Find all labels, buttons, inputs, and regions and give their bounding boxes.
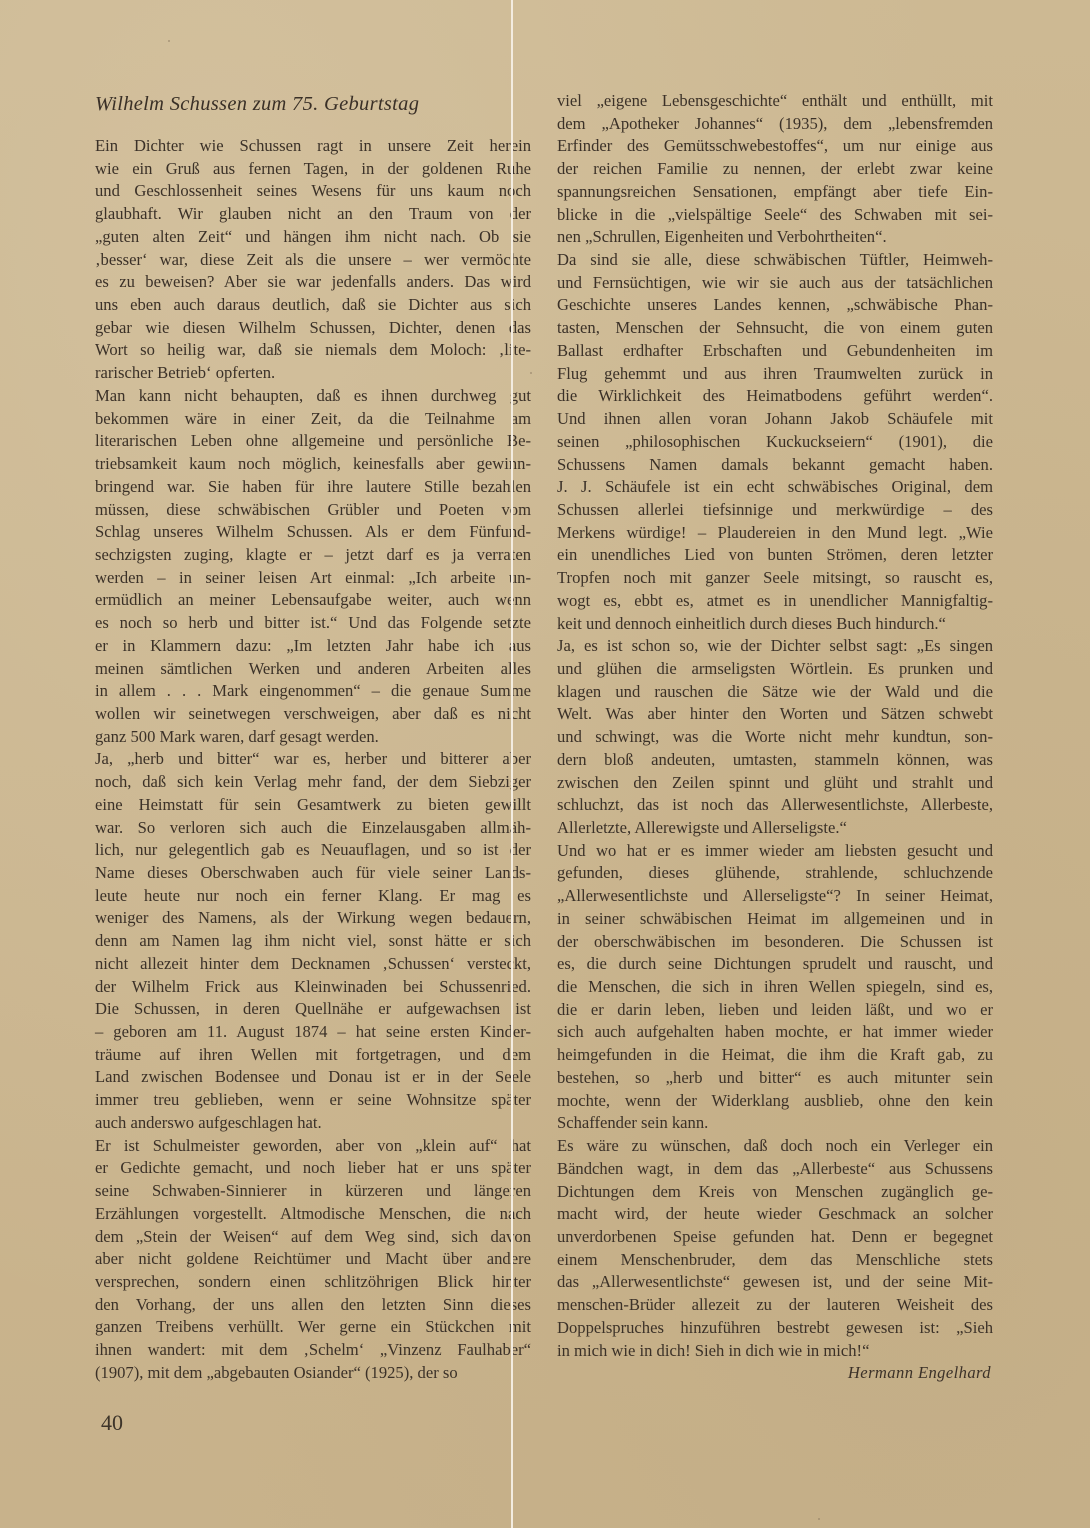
text-line: rarischer Betrieb‘ opferten. <box>95 362 531 385</box>
text-line: der oberschwäbischen im besonderen. Die … <box>557 931 993 954</box>
text-line: Dichtungen dem Kreis von Menschen zugäng… <box>557 1181 993 1204</box>
text-line: Ein Dichter wie Schussen ragt in unsere … <box>95 135 531 158</box>
text-line: blicke in die „vielspältige Seele“ des S… <box>557 204 993 227</box>
left-column-body: Ein Dichter wie Schussen ragt in unsere … <box>95 135 531 1385</box>
paragraph: Man kann nicht behaupten, daß es ihnen d… <box>95 385 531 749</box>
text-line: literarischen Leben ohne allgemeine und … <box>95 430 531 453</box>
text-line: Es wäre zu wünschen, daß doch noch ein V… <box>557 1135 993 1158</box>
text-line: uns eben auch daraus deutlich, daß sie D… <box>95 294 531 317</box>
paper-speck <box>818 1518 820 1520</box>
text-line: zwischen den Zeilen spinnt und glüht und… <box>557 772 993 795</box>
text-line: dem „Apotheker Johannes“ (1935), dem „le… <box>557 113 993 136</box>
text-line: sechzigsten zuging, klagte er – jetzt da… <box>95 544 531 567</box>
text-line: er Gedichte gemacht, und noch lieber hat… <box>95 1157 531 1180</box>
text-line: leute heute nur noch ein ferner Klang. E… <box>95 885 531 908</box>
text-line: keit und dennoch einheitlich durch diese… <box>557 613 993 636</box>
text-line: versprechen, sondern einen schlitzöhrige… <box>95 1271 531 1294</box>
scan-artifact-line <box>511 0 513 1528</box>
text-line: triebsamkeit kaum noch möglich, keinesfa… <box>95 453 531 476</box>
text-line: bestehen, so „herb und bitter“ es auch m… <box>557 1067 993 1090</box>
text-line: Schussens Namen damals bekannt gemacht h… <box>557 454 993 477</box>
article-title: Wilhelm Schussen zum 75. Geburtstag <box>95 90 531 135</box>
text-line: und schwingt, was die Worte nicht mehr k… <box>557 726 993 749</box>
text-line: der reichen Familie zu nennen, der erleb… <box>557 158 993 181</box>
text-line: nen „Schrullen, Eigenheiten und Verbohrt… <box>557 226 993 249</box>
text-line: wie ein Gruß aus fernen Tagen, in der go… <box>95 158 531 181</box>
text-line: ‚besser‘ war, diese Zeit als die unsere … <box>95 249 531 272</box>
paper-speck <box>530 372 532 374</box>
text-line: viel „eigene Lebensgeschichte“ enthält u… <box>557 90 993 113</box>
paragraph: Ein Dichter wie Schussen ragt in unsere … <box>95 135 531 385</box>
text-line: und Fernsüchtigen, wie wir sie auch aus … <box>557 272 993 295</box>
text-line: ihnen wandert: mit dem ‚Schelm‘ „Vinzenz… <box>95 1339 531 1362</box>
text-line: Flug gehemmt und aus ihren Traumwelten z… <box>557 363 993 386</box>
text-line: Erfinder des Gemütsschwebestoffes“, um n… <box>557 135 993 158</box>
text-line: das „Allerwesentlichste“ gewesen ist, un… <box>557 1271 993 1294</box>
paragraph: viel „eigene Lebensgeschichte“ enthält u… <box>557 90 993 249</box>
text-line: es, die durch seine Dichtungen sprudelt … <box>557 953 993 976</box>
text-line: heimgefunden in die Heimat, die ihm die … <box>557 1044 993 1067</box>
text-line: und Geschlossenheit seines Wesens für un… <box>95 180 531 203</box>
text-line: ganzen Treibens verhüllt. Wer gerne ein … <box>95 1316 531 1339</box>
paragraph: Er ist Schulmeister geworden, aber von „… <box>95 1135 531 1385</box>
text-line: der Wilhelm Frick aus Kleinwinaden bei S… <box>95 976 531 999</box>
text-line: Name dieses Oberschwaben auch für viele … <box>95 862 531 885</box>
text-line: „guten alten Zeit“ und hängen ihm nicht … <box>95 226 531 249</box>
text-line: Schlag unseres Wilhelm Schussen. Als er … <box>95 521 531 544</box>
text-line: Geschichte unseres Landes kennen, „schwä… <box>557 294 993 317</box>
text-line: den Vorhang, der uns allen den letzten S… <box>95 1294 531 1317</box>
text-line: die Wirklichkeit des Heimatbodens geführ… <box>557 385 993 408</box>
text-line: Schussen allerlei tiefsinnige und merkwü… <box>557 499 993 522</box>
text-line: (1907), mit dem „abgebauten Osiander“ (1… <box>95 1362 531 1385</box>
text-line: bekommen wäre in einer Zeit, da die Teil… <box>95 408 531 431</box>
text-line: schluchzt, das ist noch das Allerwesentl… <box>557 794 993 817</box>
text-line: er in Klammern dazu: „Im letzten Jahr ha… <box>95 635 531 658</box>
paragraph: Ja, „herb und bitter“ war es, herber und… <box>95 748 531 1134</box>
text-line: noch, daß sich kein Verlag mehr fand, de… <box>95 771 531 794</box>
text-line: wogt es, ebbt es, atmet es in unendliche… <box>557 590 993 613</box>
text-line: werden – in seiner leisen Art einmal: „I… <box>95 567 531 590</box>
author-signature: Hermann Engelhard <box>557 1362 993 1385</box>
text-line: glaubhaft. Wir glauben nicht an den Trau… <box>95 203 531 226</box>
text-line: Die Schussen, in deren Quellnähe er aufg… <box>95 998 531 1021</box>
text-line: spannungsreichen Sensationen, empfängt a… <box>557 181 993 204</box>
text-line: Man kann nicht behaupten, daß es ihnen d… <box>95 385 531 408</box>
text-line: in mich wie in dich! Sieh in dich wie in… <box>557 1340 993 1363</box>
right-column: viel „eigene Lebensgeschichte“ enthält u… <box>557 90 993 1385</box>
text-line: ermüdlich an meiner Lebensaufgabe weiter… <box>95 589 531 612</box>
paragraph: Es wäre zu wünschen, daß doch noch ein V… <box>557 1135 993 1362</box>
text-line: Ballast erdhafter Erbschaften und Gebund… <box>557 340 993 363</box>
text-line: auch anderswo aufgeschlagen hat. <box>95 1112 531 1135</box>
paragraph: Da sind sie alle, diese schwäbischen Tüf… <box>557 249 993 635</box>
text-line: denn am Namen lag ihm nicht viel, sonst … <box>95 930 531 953</box>
text-line: unverdorbenen Speise gefunden hat. Denn … <box>557 1226 993 1249</box>
text-line: Wort so heilig war, daß sie niemals dem … <box>95 339 531 362</box>
text-line: Er ist Schulmeister geworden, aber von „… <box>95 1135 531 1158</box>
text-line: mochte, wenn der Widerklang ausblieb, oh… <box>557 1090 993 1113</box>
text-line: sich auch aufgehalten haben mochte, er h… <box>557 1021 993 1044</box>
text-line: tasten, Menschen der Sehnsucht, die von … <box>557 317 993 340</box>
text-line: weniger des Namens, als der Wirkung wege… <box>95 907 531 930</box>
text-line: – geboren am 11. August 1874 – hat seine… <box>95 1021 531 1044</box>
text-line: dem „Stein der Weisen“ auf dem Weg sind,… <box>95 1226 531 1249</box>
text-line: Tropfen noch mit ganzer Seele mitsingt, … <box>557 567 993 590</box>
paragraph: Und wo hat er es immer wieder am liebste… <box>557 840 993 1135</box>
text-line: Allerletzte, Allerewigste und Allerselig… <box>557 817 993 840</box>
text-line: Erzählungen vorgestellt. Altmodische Men… <box>95 1203 531 1226</box>
document-page: Wilhelm Schussen zum 75. Geburtstag Ein … <box>0 0 1090 1528</box>
text-line: seinen „philosophischen Kuckuckseiern“ (… <box>557 431 993 454</box>
text-line: nicht allezeit hinter dem Decknamen ‚Sch… <box>95 953 531 976</box>
text-line: lich, nur gelegentlich gab es Neuauflage… <box>95 839 531 862</box>
text-line: „Allerwesentlichste und Allerseligste“? … <box>557 885 993 908</box>
text-line: Ja, es ist schon so, wie der Dichter sel… <box>557 635 993 658</box>
text-line: Merkens würdige! – Plaudereien in den Mu… <box>557 522 993 545</box>
text-line: Schaffender sein kann. <box>557 1112 993 1135</box>
text-line: Und ihnen allen voran Johann Jakob Schäu… <box>557 408 993 431</box>
text-line: Bändchen wagt, in dem das „Allerbeste“ a… <box>557 1158 993 1181</box>
text-line: Und wo hat er es immer wieder am liebste… <box>557 840 993 863</box>
right-column-body: viel „eigene Lebensgeschichte“ enthält u… <box>557 90 993 1362</box>
text-line: ein unendliches Lied von bunten Strömen,… <box>557 544 993 567</box>
text-line: dern bloß andeuten, umtasten, stammeln k… <box>557 749 993 772</box>
left-column: Wilhelm Schussen zum 75. Geburtstag Ein … <box>95 90 531 1385</box>
text-line: bringend war. Sie haben für ihre lautere… <box>95 476 531 499</box>
text-line: die Menschen, die sich in ihren Wellen s… <box>557 976 993 999</box>
text-line: einem Menschenbruder, dem das Menschlich… <box>557 1249 993 1272</box>
text-line: gebar wie diesen Wilhelm Schussen, Dicht… <box>95 317 531 340</box>
text-line: und glühen die armseligsten Wörtlein. Es… <box>557 658 993 681</box>
text-line: in seiner schwäbischen Heimat im allgeme… <box>557 908 993 931</box>
text-line: Da sind sie alle, diese schwäbischen Tüf… <box>557 249 993 272</box>
text-line: immer treu geblieben, wenn er seine Wohn… <box>95 1089 531 1112</box>
text-line: macht wird, der heute wieder Geschmack a… <box>557 1203 993 1226</box>
text-line: klagen und rauschen die Sätze wie der Wa… <box>557 681 993 704</box>
paragraph: Ja, es ist schon so, wie der Dichter sel… <box>557 635 993 839</box>
text-line: Land zwischen Bodensee und Donau ist er … <box>95 1066 531 1089</box>
text-line: gefunden, dieses glühende, strahlende, s… <box>557 862 993 885</box>
text-line: ganz 500 Mark waren, darf gesagt werden. <box>95 726 531 749</box>
text-line: J. J. Schäufele ist ein echt schwäbische… <box>557 476 993 499</box>
text-line: aber nicht goldene Reichtümer und Macht … <box>95 1248 531 1271</box>
text-line: war. So verloren sich auch die Einzelaus… <box>95 817 531 840</box>
text-line: seine Schwaben-Sinnierer in kürzeren und… <box>95 1180 531 1203</box>
text-line: träume auf ihren Wellen mit fortgetragen… <box>95 1044 531 1067</box>
text-line: Doppelspruches hinzuführen bestrebt gewe… <box>557 1317 993 1340</box>
text-line: wollen wir seinetwegen verschweigen, abe… <box>95 703 531 726</box>
text-line: eine Heimstatt für sein Gesamtwerk zu bi… <box>95 794 531 817</box>
text-line: die er darin leben, lieben und leiden lä… <box>557 999 993 1022</box>
paper-speck <box>168 40 170 42</box>
text-line: menschen-Brüder allezeit zu der lauteren… <box>557 1294 993 1317</box>
text-line: in allem . . . Mark eingenommen“ – die g… <box>95 680 531 703</box>
page-number: 40 <box>101 1410 123 1436</box>
text-line: müssen, diese schwäbischen Grübler und P… <box>95 499 531 522</box>
text-line: Ja, „herb und bitter“ war es, herber und… <box>95 748 531 771</box>
text-line: Welt. Was aber hinter den Worten und Sät… <box>557 703 993 726</box>
text-line: es noch so herb und bitter ist.“ Und das… <box>95 612 531 635</box>
text-line: meinen sämtlichen Werken und anderen Arb… <box>95 658 531 681</box>
text-line: es zu beweisen? Aber sie war jedenfalls … <box>95 271 531 294</box>
